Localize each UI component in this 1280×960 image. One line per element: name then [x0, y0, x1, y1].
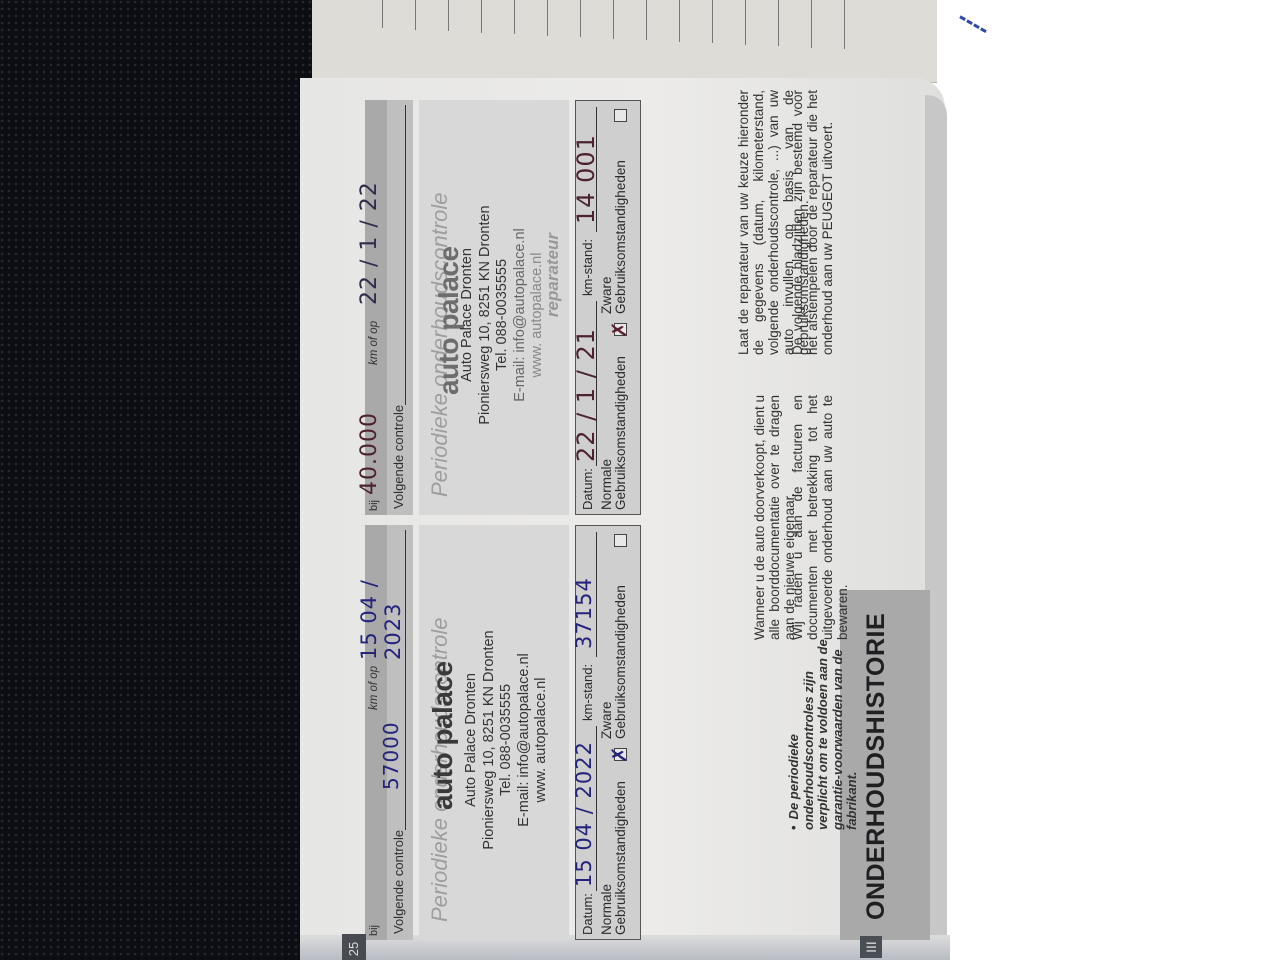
km-stand-value: 37154	[572, 577, 596, 649]
bij-label: bij	[368, 500, 380, 511]
datum-label: Datum:	[580, 893, 595, 935]
normale-checkbox[interactable]: ✗	[614, 323, 627, 336]
normale-label: NormaleGebruiksomstandigheden	[600, 781, 628, 935]
zware-checkbox[interactable]	[614, 534, 627, 547]
km-stand-value: 14 001	[572, 134, 600, 224]
zware-conditions-text: Gebruiksomstandigheden	[613, 585, 628, 739]
zware-label: ZwareGebruiksomstandigheden	[600, 585, 628, 739]
warranty-note: •De periodieke onderhoudscontroles zijn …	[787, 625, 860, 830]
km-stand-label: km-stand:	[580, 239, 595, 296]
bij-label: bij	[368, 925, 380, 936]
stamp-address: Pioniersweg 10, 8251 KN Dronten	[481, 590, 497, 890]
next-service-label: Volgende controle	[391, 405, 406, 509]
intro-paragraph-3: Wij raden u aan de facturen en documente…	[790, 395, 850, 640]
datum-value: 22 / 1 / 21	[572, 328, 600, 462]
background-right	[930, 0, 1280, 960]
stamp-phone: Tel. 088-0035555	[494, 165, 510, 465]
dealer-stamp-area: Periodieke onderhoudscontrole auto palac…	[419, 100, 569, 515]
normale-text: Normale	[599, 459, 614, 510]
check-mark-icon: ✗	[607, 321, 631, 338]
zware-text: Zware	[599, 276, 614, 314]
bullet-icon: •	[786, 825, 801, 830]
intro-paragraph-4: Wanneer u de auto doorverkoopt, dient u …	[752, 395, 797, 640]
zware-label: ZwareGebruiksomstandigheden	[600, 160, 628, 314]
datum-label: Datum:	[580, 468, 595, 510]
check-mark-icon: ✗	[607, 746, 631, 763]
next-km-value: 40.000	[357, 412, 382, 495]
next-date-value: 15 04 / 2023	[357, 525, 405, 660]
intro-paragraph-2: Laat de reparateur van uw keuze hieronde…	[736, 90, 811, 355]
zware-checkbox[interactable]	[614, 109, 627, 122]
next-km-value: 57000	[379, 721, 403, 790]
next-service-line	[405, 530, 406, 830]
stamp-dealer-name: Auto Palace Dronten	[463, 590, 479, 890]
zware-text: Zware	[599, 701, 614, 739]
normale-text: Normale	[599, 884, 614, 935]
km-stand-line	[596, 532, 597, 657]
zware-conditions-text: Gebruiksomstandigheden	[613, 160, 628, 314]
next-date-value: 22 / 1 / 22	[357, 181, 382, 305]
km-of-op-label: km of op	[368, 321, 380, 365]
next-service-box: Volgende controle bij 57000 km of op 15 …	[365, 525, 413, 940]
next-service-box: Volgende controle bij 40.000 km of op 22…	[365, 100, 413, 515]
stamp-address: Pioniersweg 10, 8251 KN Dronten	[477, 165, 493, 465]
page-title: ONDERHOUDSHISTORIE	[862, 613, 891, 920]
normale-conditions-text: Gebruiksomstandigheden	[613, 356, 628, 510]
next-service-label: Volgende controle	[391, 830, 406, 934]
maintenance-history-page: ONDERHOUDSHISTORIE De volgende bladzijde…	[300, 0, 940, 960]
stamp-phone: Tel. 088-0035555	[498, 590, 514, 890]
datum-value: 15 04 / 2022	[572, 741, 596, 887]
page-number: 25	[342, 934, 366, 960]
datum-line	[596, 726, 597, 891]
stamp-logo-text: auto palace	[427, 661, 459, 810]
stamp-dealer-name: Auto Palace Dronten	[459, 165, 475, 465]
section-tab-marker: III	[860, 936, 882, 958]
km-of-op-label: km of op	[368, 666, 380, 710]
km-stand-label: km-stand:	[580, 664, 595, 721]
warranty-note-text: De periodieke onderhoudscontroles zijn v…	[786, 639, 859, 830]
entry-header-box: Datum: 15 04 / 2022 km-stand: 37154 Norm…	[575, 525, 641, 940]
normale-conditions-text: Gebruiksomstandigheden	[613, 781, 628, 935]
next-service-line	[405, 105, 406, 405]
normale-label: NormaleGebruiksomstandigheden	[600, 356, 628, 510]
stamp-email: E-mail: info@autopalace.nl	[512, 165, 528, 465]
normale-checkbox[interactable]: ✗	[614, 748, 627, 761]
dealer-stamp-area: Periodieke onderhoudscontrole auto palac…	[419, 525, 569, 940]
stamp-website: www. autopalace.nl	[533, 590, 549, 890]
entry-header-box: Datum: 22 / 1 / 21 km-stand: 14 001 Norm…	[575, 100, 641, 515]
stamp-email: E-mail: info@autopalace.nl	[516, 590, 532, 890]
stamp-signature-word: reparateur	[543, 125, 563, 425]
